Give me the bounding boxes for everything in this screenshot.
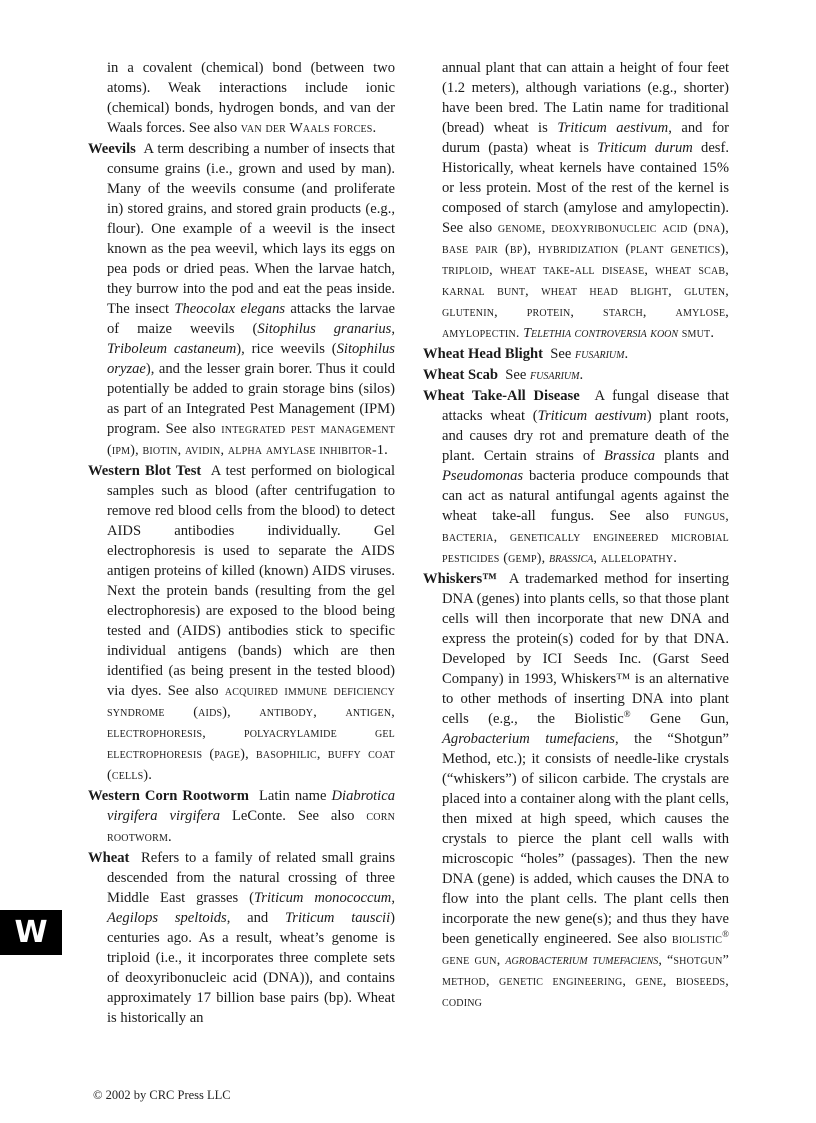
entry-western-corn-rootworm: Western Corn Rootworm Latin name Diabrot… bbox=[88, 786, 395, 848]
cross-reference[interactable]: biolistic bbox=[672, 932, 722, 947]
cross-reference[interactable]: van der Waals forces bbox=[241, 121, 373, 136]
cross-reference[interactable]: gene gun, bbox=[442, 953, 505, 968]
headword: Western Blot Test bbox=[88, 463, 201, 479]
entry-western-blot-test: Western Blot Test A test performed on bi… bbox=[88, 461, 395, 786]
left-column: in a covalent (chemical) bond (between t… bbox=[88, 58, 395, 1028]
headword: Wheat bbox=[88, 850, 129, 866]
headword: Wheat Take-All Disease bbox=[423, 388, 580, 404]
entry-weevils: Weevils A term describing a number of in… bbox=[88, 139, 395, 461]
headword: Whiskers™ bbox=[423, 571, 497, 587]
entry-wheat: Wheat Refers to a family of related smal… bbox=[88, 848, 395, 1028]
registered-mark: ® bbox=[722, 929, 729, 939]
cross-reference[interactable]: agrobacterium tumefaciens bbox=[505, 953, 658, 968]
headword: Wheat Scab bbox=[423, 367, 498, 383]
entry-wheat-head-blight: Wheat Head Blight See fusarium. bbox=[423, 344, 729, 365]
headword: Western Corn Rootworm bbox=[88, 788, 249, 804]
cross-reference[interactable]: brassica bbox=[549, 551, 593, 566]
entry-whiskers: Whiskers™ A trademarked method for inser… bbox=[423, 569, 729, 1013]
right-column: annual plant that can attain a height of… bbox=[423, 58, 729, 1013]
headword: Weevils bbox=[88, 141, 136, 157]
entry-wheat-scab: Wheat Scab See fusarium. bbox=[423, 365, 729, 386]
entry-continuation: in a covalent (chemical) bond (between t… bbox=[88, 58, 395, 139]
cross-reference[interactable]: genome, deoxyribonucleic acid (dna), bas… bbox=[442, 221, 729, 341]
copyright-footer: © 2002 by CRC Press LLC bbox=[93, 1088, 231, 1103]
cross-reference[interactable]: smut bbox=[678, 326, 710, 341]
section-letter-tab: W bbox=[0, 910, 62, 955]
entry-continuation: annual plant that can attain a height of… bbox=[423, 58, 729, 344]
cross-reference[interactable]: fusarium bbox=[530, 368, 579, 383]
cross-reference[interactable]: fusarium bbox=[575, 347, 624, 362]
cross-reference[interactable]: , allelopathy bbox=[593, 551, 673, 566]
cross-reference[interactable]: Telethia controversia koon bbox=[523, 326, 678, 341]
entry-wheat-take-all-disease: Wheat Take-All Disease A fungal disease … bbox=[423, 386, 729, 569]
headword: Wheat Head Blight bbox=[423, 346, 543, 362]
registered-mark: ® bbox=[624, 709, 631, 719]
